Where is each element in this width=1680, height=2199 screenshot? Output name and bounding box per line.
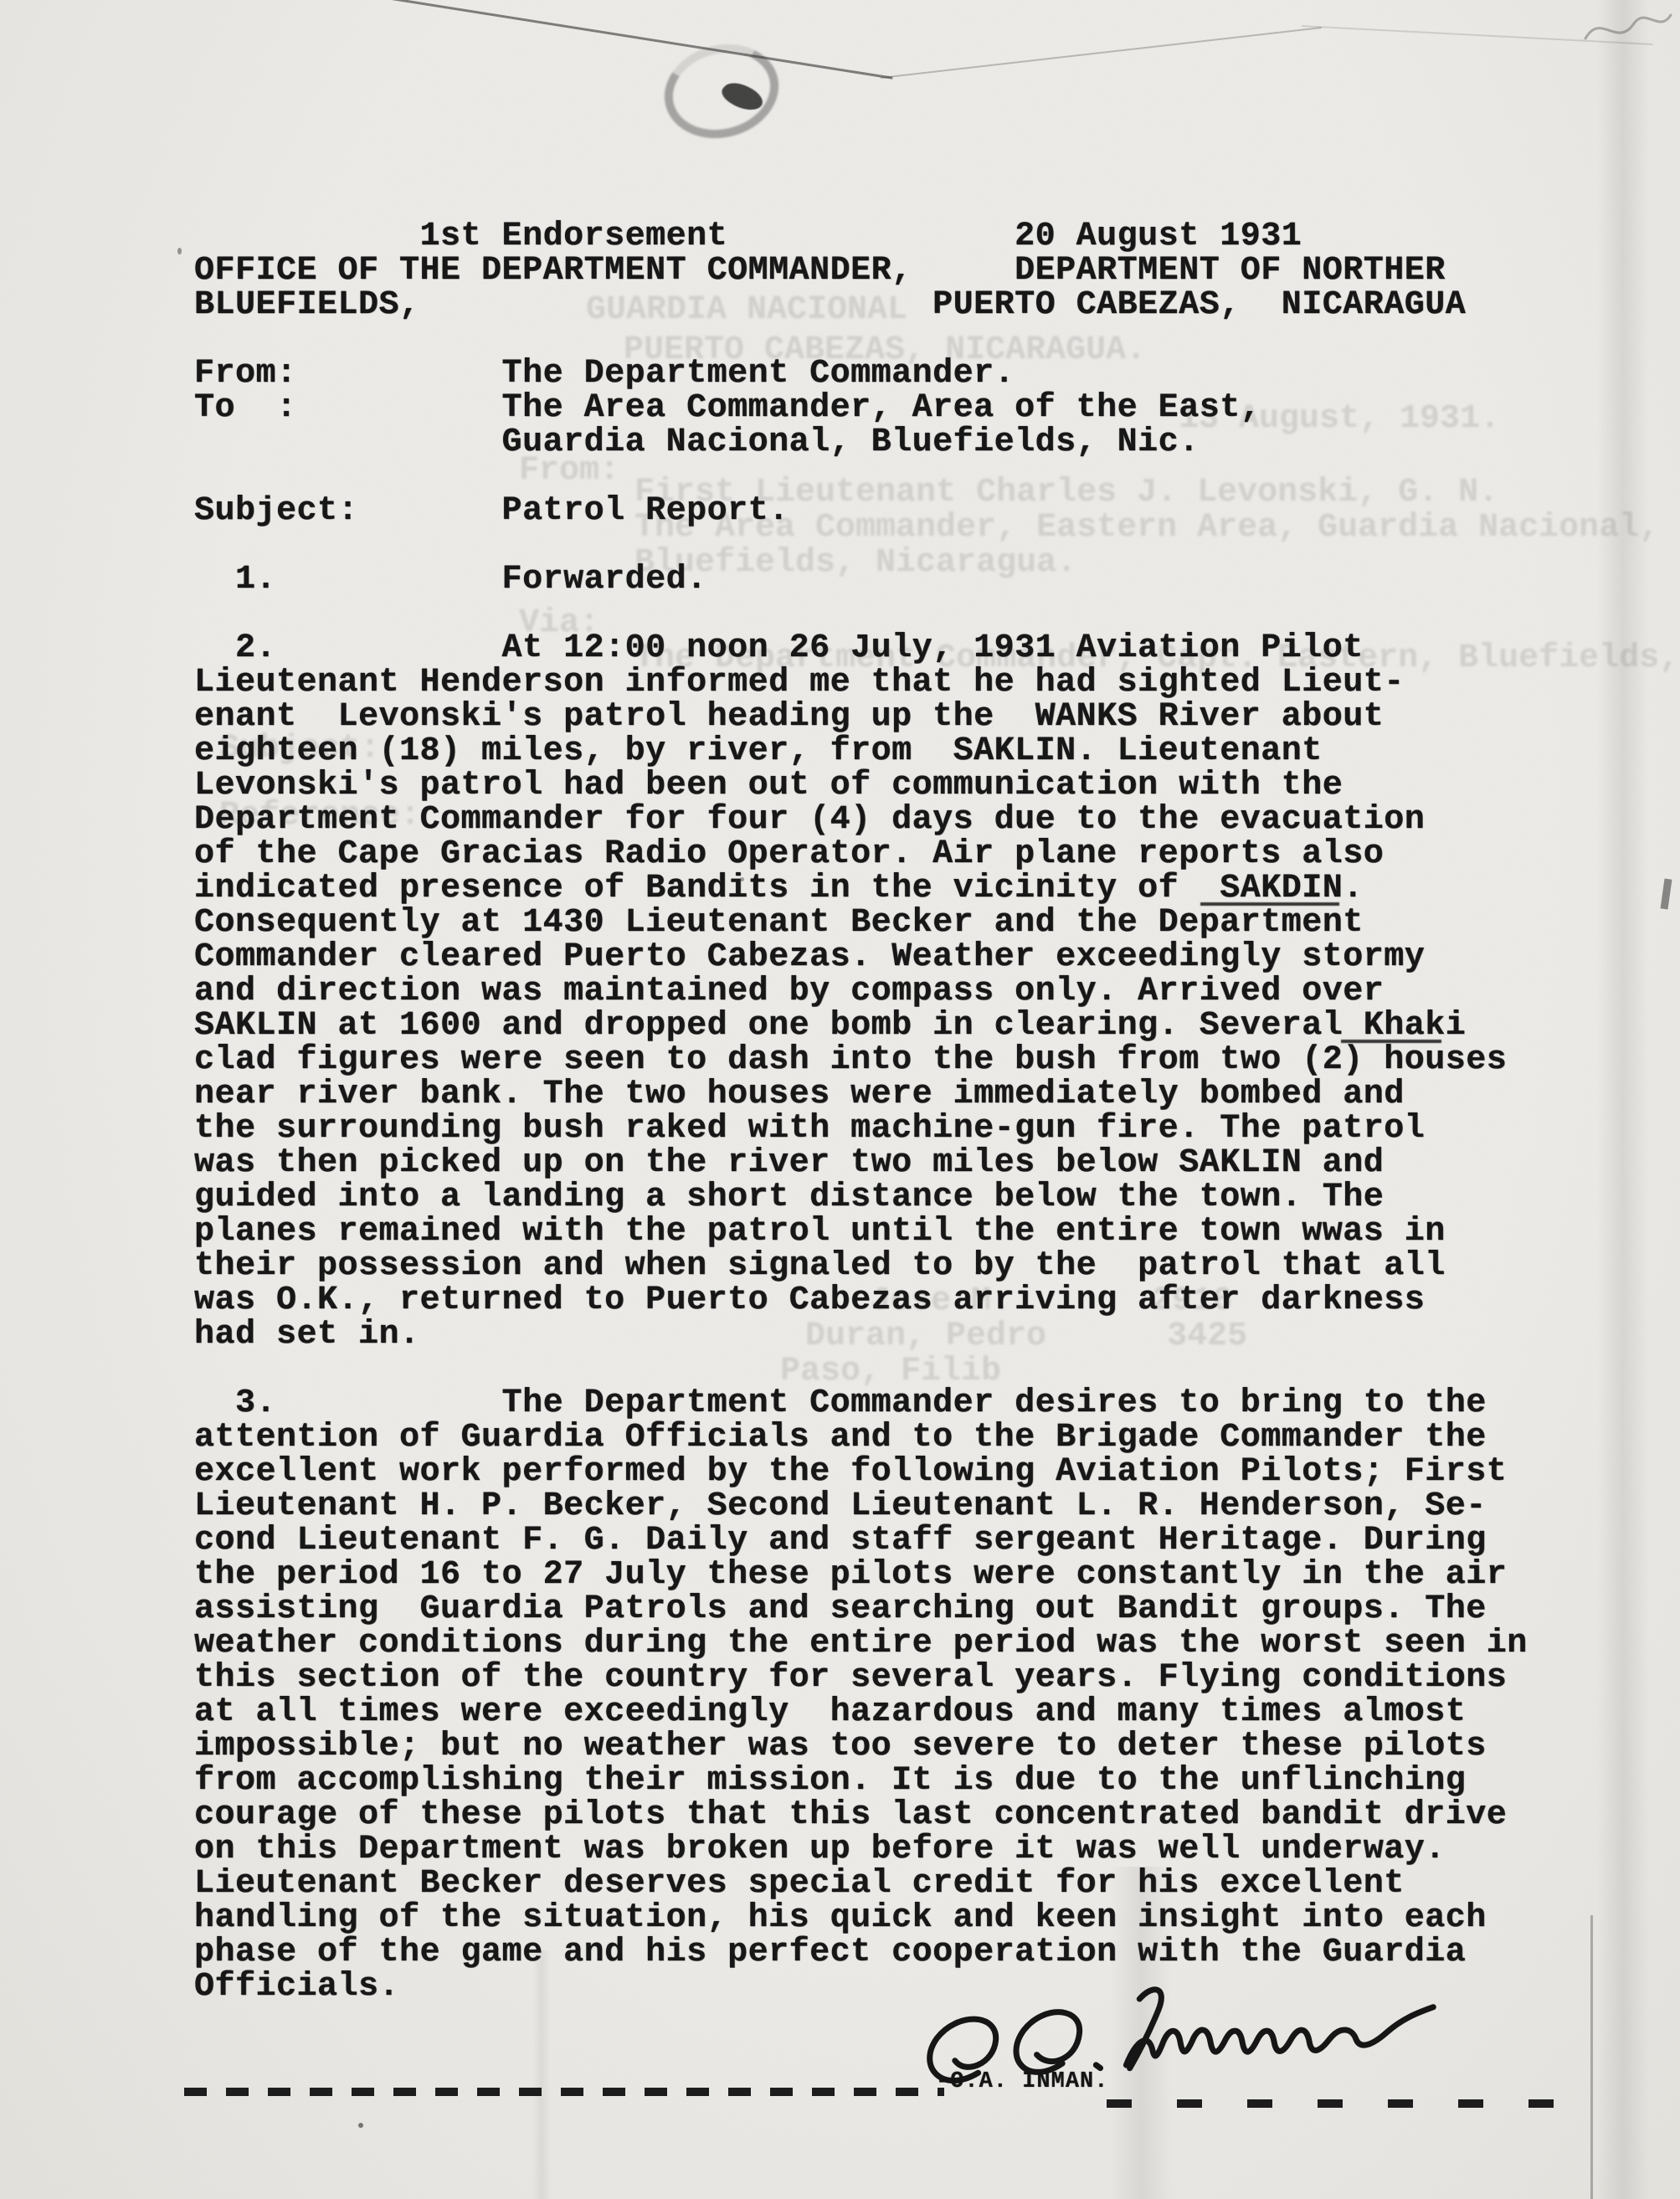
ink-speck [358, 2123, 363, 2128]
pencil-scribble [1580, 2, 1677, 62]
fold-crease-line [881, 27, 1322, 79]
underscore-sakdin [1200, 902, 1339, 906]
scan-streak [1597, 0, 1649, 2199]
typed-signature-name: -O.A. INMAN. [936, 2069, 1108, 2094]
fold-crease-line [1590, 1915, 1593, 2199]
edge-ink-tick [1661, 879, 1672, 910]
underscore-khaki [1341, 1040, 1441, 1043]
ink-speck [177, 248, 182, 254]
typed-dash-rule [184, 2088, 944, 2096]
fold-crease-line [392, 0, 893, 80]
scanned-letter-page: GUARDIA NACIONALPUERTO CABEZAS, NICARAGU… [0, 0, 1680, 2199]
typed-letter-text: 1st Endorsement 20 August 1931 OFFICE OF… [194, 219, 1528, 2004]
typed-dash-rule [1107, 2099, 1572, 2108]
